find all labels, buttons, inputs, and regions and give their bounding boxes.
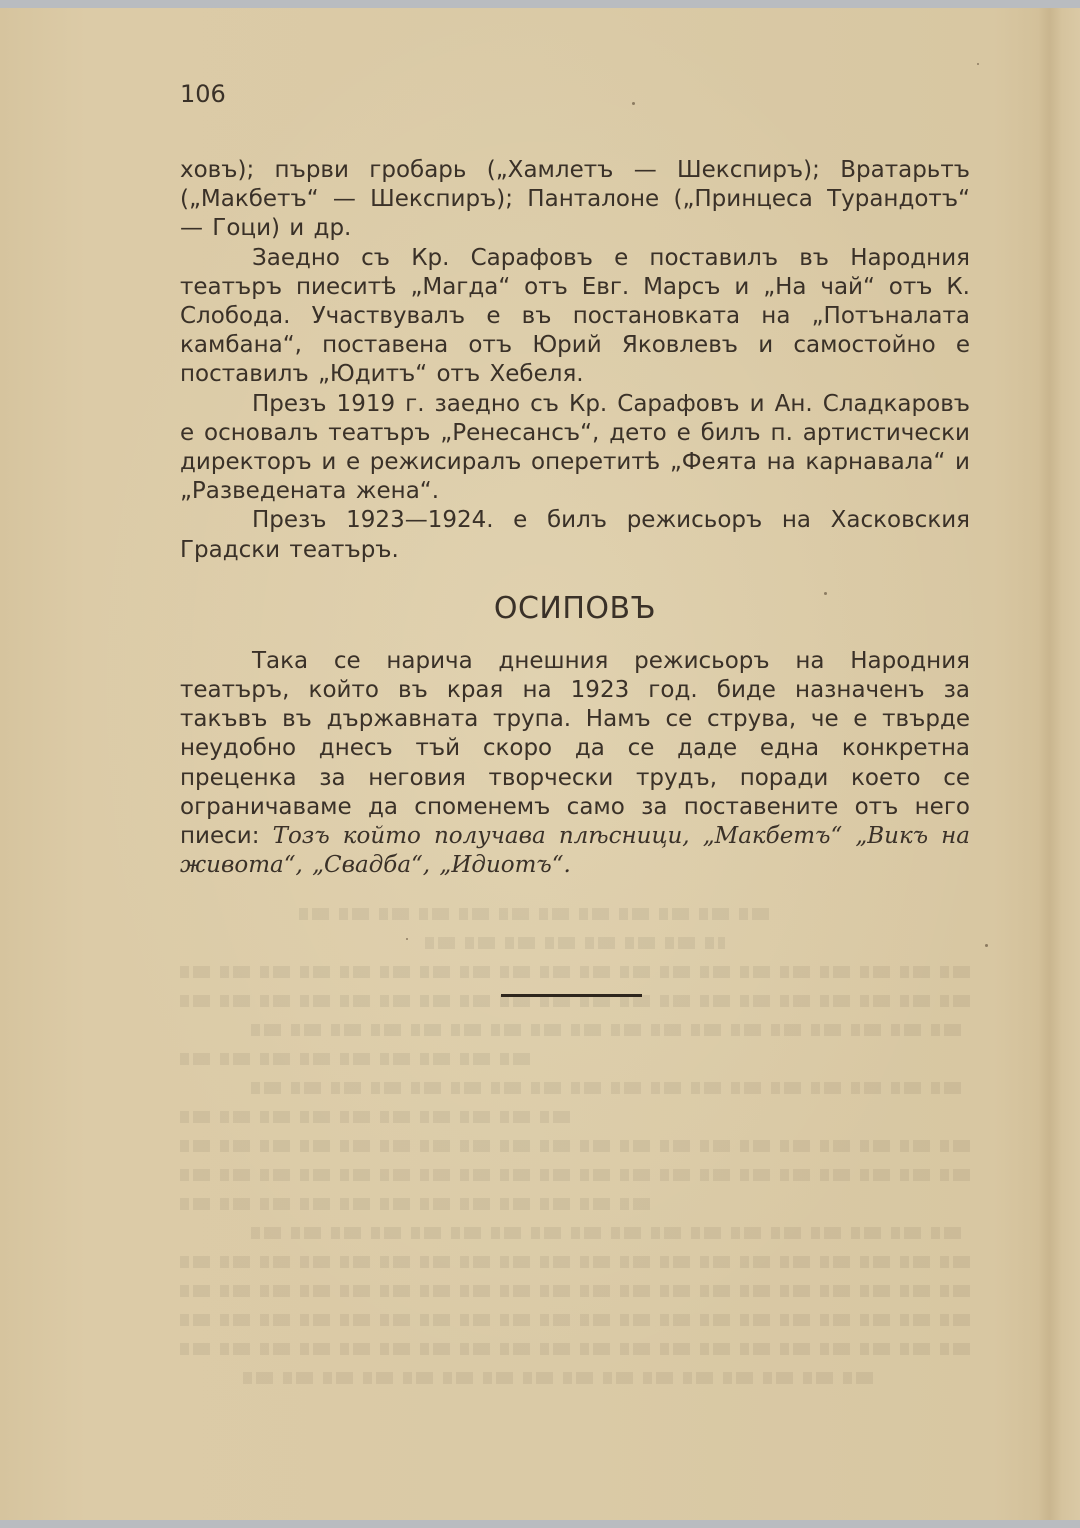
page-number: 106 [180,80,226,108]
paper-speck [632,102,635,105]
paper-speck [985,944,988,947]
section-heading: ОСИПОВЪ [180,589,970,629]
section-divider-rule [501,994,642,997]
reverse-side-show-through [180,908,970,1448]
paper-speck [977,63,979,65]
paragraph: Презъ 1923—1924. е билъ режисьоръ на Хас… [180,506,970,564]
paragraph: ховъ); първи гробарь („Хамлетъ — Шекспир… [180,156,970,244]
paragraph-text: Така се нарича днешния режисьоръ на Наро… [180,648,970,849]
paragraph: Така се нарича днешния режисьоръ на Наро… [180,647,970,881]
text-column: ховъ); първи гробарь („Хамлетъ — Шекспир… [180,156,970,880]
play-titles-italic: Тозъ който получава плѣсници, „Макбетъ“ … [180,823,970,878]
paragraph: Презъ 1919 г. заедно съ Кр. Сарафовъ и А… [180,390,970,507]
page-edge-shadow [1038,8,1062,1520]
book-page: 106 ховъ); първи гробарь („Хамлетъ — Шек… [0,8,1080,1520]
paragraph: Заедно съ Кр. Сарафовъ е поставилъ въ На… [180,244,970,390]
